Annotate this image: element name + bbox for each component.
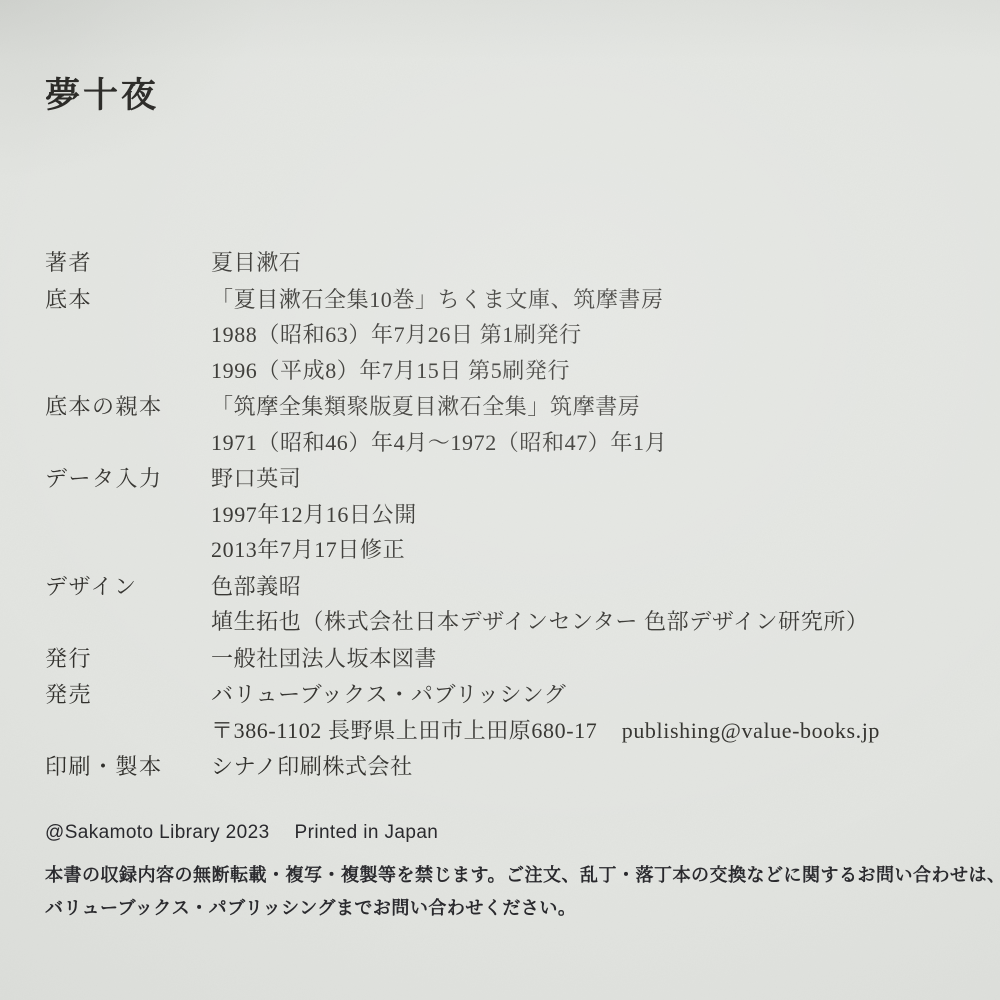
colophon-value-line: 〒386-1102 長野県上田市上田原680-17 publishing@val… <box>211 713 965 749</box>
colophon-value: 色部義昭埴生拓也（株式会社日本デザインセンター 色部デザイン研究所） <box>211 569 965 640</box>
colophon-row: 印刷・製本シナノ印刷株式会社 <box>45 749 965 785</box>
colophon-table: 著者夏目漱石底本「夏目漱石全集10巻」ちくま文庫、筑摩書房1988（昭和63）年… <box>45 245 965 785</box>
colophon-value-line: 埴生拓也（株式会社日本デザインセンター 色部デザイン研究所） <box>211 604 965 640</box>
colophon-label: 底本 <box>45 282 211 318</box>
printed-in-japan-text: Printed in Japan <box>295 821 439 845</box>
colophon-label: 著者 <box>45 245 211 281</box>
colophon-row: デザイン色部義昭埴生拓也（株式会社日本デザインセンター 色部デザイン研究所） <box>45 569 965 640</box>
colophon-value: 「筑摩全集類聚版夏目漱石全集」筑摩書房1971（昭和46）年4月～1972（昭和… <box>211 389 965 460</box>
book-colophon-page: 夢十夜 著者夏目漱石底本「夏目漱石全集10巻」ちくま文庫、筑摩書房1988（昭和… <box>0 0 1000 1000</box>
colophon-value: バリューブックス・パブリッシング〒386-1102 長野県上田市上田原680-1… <box>211 677 965 748</box>
colophon-label: 発売 <box>45 677 211 713</box>
colophon-value-line: 夏目漱石 <box>211 245 965 281</box>
colophon-value-line: 1988（昭和63）年7月26日 第1刷発行 <box>211 317 965 353</box>
colophon-value-line: 色部義昭 <box>211 569 965 605</box>
colophon-label: データ入力 <box>45 461 211 497</box>
colophon-value: 夏目漱石 <box>211 245 965 281</box>
colophon-row: 発売バリューブックス・パブリッシング〒386-1102 長野県上田市上田原680… <box>45 677 965 748</box>
colophon-label: 底本の親本 <box>45 389 211 425</box>
colophon-value: 野口英司1997年12月16日公開2013年7月17日修正 <box>211 461 965 568</box>
colophon-label: 印刷・製本 <box>45 749 211 785</box>
colophon-row: 底本の親本「筑摩全集類聚版夏目漱石全集」筑摩書房1971（昭和46）年4月～19… <box>45 389 965 460</box>
legal-notice-line: 本書の収録内容の無断転載・複写・複製等を禁じます。ご注文、乱丁・落丁本の交換など… <box>45 859 965 892</box>
colophon-value: 「夏目漱石全集10巻」ちくま文庫、筑摩書房1988（昭和63）年7月26日 第1… <box>211 282 965 389</box>
colophon-value-line: 一般社団法人坂本図書 <box>211 641 965 677</box>
copyright-text: @Sakamoto Library 2023 <box>45 821 270 845</box>
colophon-value-line: 1997年12月16日公開 <box>211 497 965 533</box>
colophon-value-line: 「夏目漱石全集10巻」ちくま文庫、筑摩書房 <box>211 282 965 318</box>
colophon-value: シナノ印刷株式会社 <box>211 749 965 785</box>
legal-notice: 本書の収録内容の無断転載・複写・複製等を禁じます。ご注文、乱丁・落丁本の交換など… <box>45 859 965 925</box>
colophon-label: 発行 <box>45 641 211 677</box>
colophon-row: データ入力野口英司1997年12月16日公開2013年7月17日修正 <box>45 461 965 568</box>
colophon-label: デザイン <box>45 569 211 605</box>
colophon-content: 夢十夜 著者夏目漱石底本「夏目漱石全集10巻」ちくま文庫、筑摩書房1988（昭和… <box>45 0 965 925</box>
colophon-value-line: 「筑摩全集類聚版夏目漱石全集」筑摩書房 <box>211 389 965 425</box>
colophon-row: 著者夏目漱石 <box>45 245 965 281</box>
colophon-row: 底本「夏目漱石全集10巻」ちくま文庫、筑摩書房1988（昭和63）年7月26日 … <box>45 282 965 389</box>
colophon-value: 一般社団法人坂本図書 <box>211 641 965 677</box>
colophon-value-line: 野口英司 <box>211 461 965 497</box>
legal-notice-line: バリューブックス・パブリッシングまでお問い合わせください。 <box>45 892 965 925</box>
copyright-line: @Sakamoto Library 2023 Printed in Japan <box>45 821 965 845</box>
book-title: 夢十夜 <box>45 76 965 116</box>
colophon-value-line: シナノ印刷株式会社 <box>211 749 965 785</box>
colophon-row: 発行一般社団法人坂本図書 <box>45 641 965 677</box>
colophon-value-line: 1971（昭和46）年4月～1972（昭和47）年1月 <box>211 425 965 461</box>
colophon-value-line: バリューブックス・パブリッシング <box>211 677 965 713</box>
colophon-value-line: 2013年7月17日修正 <box>211 532 965 568</box>
colophon-value-line: 1996（平成8）年7月15日 第5刷発行 <box>211 353 965 389</box>
